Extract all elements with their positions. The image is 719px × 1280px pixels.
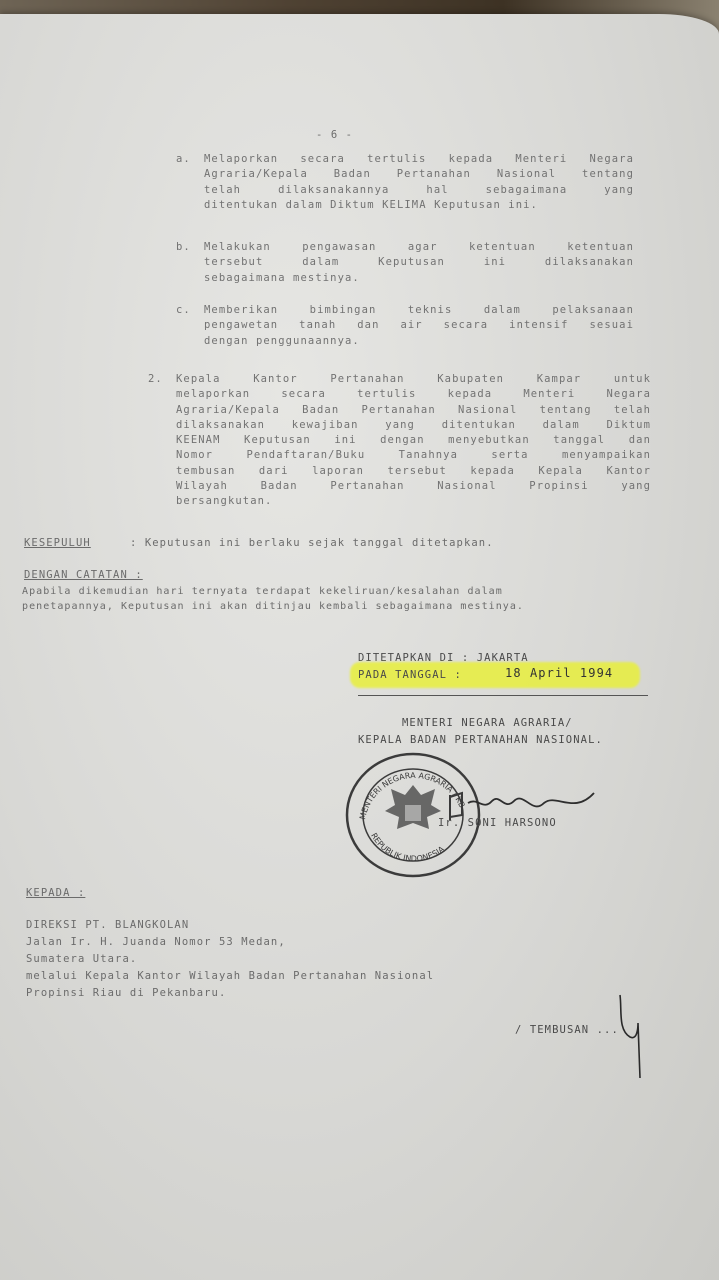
catatan-heading: DENGAN CATATAN : [24, 568, 143, 583]
item-line: tembusan dari laporan tersebut kepada Ke… [176, 464, 651, 479]
item-line: Agraria/Kepala Badan Pertanahan Nasional… [176, 403, 651, 418]
item-line: telah dilaksanakannya hal sebagaimana ya… [204, 183, 634, 198]
item-label: 2. [148, 372, 163, 387]
tembusan-note: / TEMBUSAN ... [515, 1023, 619, 1038]
signer-title-line2: KEPALA BADAN PERTANAHAN NASIONAL. [358, 733, 603, 748]
recipient-line: Jalan Ir. H. Juanda Nomor 53 Medan, [26, 935, 286, 950]
item-line: Melakukan pengawasan agar ketentuan kete… [204, 240, 634, 255]
item-line: bersangkutan. [176, 494, 651, 509]
recipient-line: Propinsi Riau di Pekanbaru. [26, 986, 226, 1001]
recipient-heading: KEPADA : [26, 886, 85, 901]
item-line: ditentukan dalam Diktum KELIMA Keputusan… [204, 198, 634, 213]
item-line: Kepala Kantor Pertanahan Kabupaten Kampa… [176, 372, 651, 387]
recipient-line: Sumatera Utara. [26, 952, 137, 967]
item-label: a. [176, 152, 191, 167]
date-value: 18 April 1994 [505, 666, 613, 681]
page-number: - 6 - [316, 128, 353, 143]
item-line: dilaksanakan kewajiban yang ditentukan d… [176, 418, 651, 433]
item-line: KEENAM Keputusan ini dengan menyebutkan … [176, 433, 651, 448]
item-line: Melaporkan secara tertulis kepada Menter… [204, 152, 634, 167]
date-label: PADA TANGGAL : [358, 668, 462, 683]
kesepuluh-heading: KESEPULUH [24, 536, 91, 551]
recipient-line: DIREKSI PT. BLANGKOLAN [26, 918, 189, 933]
item-line: tersebut dalam Keputusan ini dilaksanaka… [204, 255, 634, 270]
svg-text:REPUBLIK INDONESIA: REPUBLIK INDONESIA [369, 831, 446, 863]
item-line: dengan penggunaannya. [204, 334, 634, 349]
initial-mark-icon [612, 990, 652, 1080]
item-line: pengawetan tanah dan air secara intensif… [204, 318, 634, 333]
signature-divider [358, 695, 648, 696]
recipient-line: melalui Kepala Kantor Wilayah Badan Pert… [26, 969, 434, 984]
catatan-line: Apabila dikemudian hari ternyata terdapa… [22, 584, 503, 599]
kesepuluh-text: : Keputusan ini berlaku sejak tanggal di… [130, 536, 494, 551]
signer-title-line1: MENTERI NEGARA AGRARIA/ [402, 716, 573, 731]
item-line: Wilayah Badan Pertanahan Nasional Propin… [176, 479, 651, 494]
catatan-line: penetapannya, Keputusan ini akan ditinja… [22, 599, 524, 614]
item-line: Agraria/Kepala Badan Pertanahan Nasional… [204, 167, 634, 182]
item-label: b. [176, 240, 191, 255]
item-line: sebagaimana mestinya. [204, 271, 634, 286]
signer-name: Ir. SONI HARSONO [438, 816, 557, 831]
item-line: Nomor Pendaftaran/Buku Tanahnya serta me… [176, 448, 651, 463]
item-line: melaporkan secara tertulis kepada Menter… [176, 387, 651, 402]
item-line: Memberikan bimbingan teknis dalam pelaks… [204, 303, 634, 318]
item-label: c. [176, 303, 191, 318]
